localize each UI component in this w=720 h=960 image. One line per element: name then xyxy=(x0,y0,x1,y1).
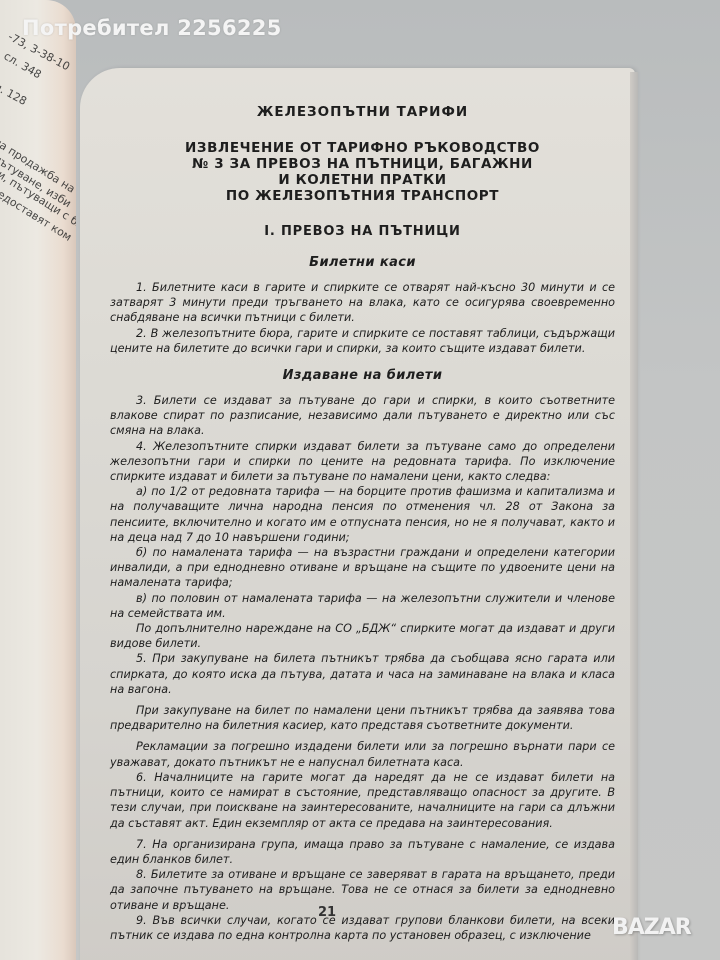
paragraph: 8. Билетите за отиване и връщане се заве… xyxy=(110,867,615,913)
paragraph: в) по половин от намалената тарифа — на … xyxy=(110,591,615,621)
user-watermark: Потребител 2256225 xyxy=(22,16,282,40)
paragraph: 3. Билети се издават за пътуване до гари… xyxy=(110,393,615,439)
bazar-logo: BAZAR xyxy=(612,915,691,940)
paragraph: 5. При закупуване на билета пътникът тря… xyxy=(110,651,615,697)
paragraph: 4. Железопътните спирки издават билети з… xyxy=(110,439,615,485)
extract-title-line: № 3 ЗА ПРЕВОЗ НА ПЪТНИЦИ, БАГАЖНИ xyxy=(110,156,615,172)
paragraph: 9. Във всички случаи, когато се издават … xyxy=(110,913,615,943)
paragraph: а) по 1/2 от редовната тарифа — на борци… xyxy=(110,484,615,545)
extract-title-line: ИЗВЛЕЧЕНИЕ ОТ ТАРИФНО РЪКОВОДСТВО xyxy=(110,140,615,156)
subsection-heading: Билетни каси xyxy=(110,255,615,270)
paragraph: По допълнително нареждане на СО „БДЖ“ сп… xyxy=(110,621,615,651)
previous-page: -73, 3-38-10 . сл. 348 л. 128 на продажб… xyxy=(0,0,76,960)
page-edge xyxy=(630,72,638,960)
page-number: 21 xyxy=(318,905,336,920)
extract-title-line: ПО ЖЕЛЕЗОПЪТНИЯ ТРАНСПОРТ xyxy=(110,188,615,204)
paragraph: 7. На организирана група, имаща право за… xyxy=(110,837,615,867)
paragraph: б) по намалената тарифа — на възрастни г… xyxy=(110,545,615,591)
page-content: ЖЕЛЕЗОПЪТНИ ТАРИФИ ИЗВЛЕЧЕНИЕ ОТ ТАРИФНО… xyxy=(110,104,615,943)
paragraph: 2. В железопътните бюра, гарите и спирки… xyxy=(110,326,615,356)
paragraph: 1. Билетните каси в гарите и спирките се… xyxy=(110,280,615,326)
extract-title: ИЗВЛЕЧЕНИЕ ОТ ТАРИФНО РЪКОВОДСТВО № 3 ЗА… xyxy=(110,140,615,204)
section-title: ЖЕЛЕЗОПЪТНИ ТАРИФИ xyxy=(110,104,615,120)
subsection-heading: Издаване на билети xyxy=(110,368,615,383)
paragraph: Рекламации за погрешно издадени билети и… xyxy=(110,739,615,769)
chapter-title: I. ПРЕВОЗ НА ПЪТНИЦИ xyxy=(110,224,615,239)
paragraph: 6. Началниците на гарите могат да наредя… xyxy=(110,770,615,831)
paragraph: При закупуване на билет по намалени цени… xyxy=(110,703,615,733)
left-page-fragment: л. 128 xyxy=(0,80,29,108)
extract-title-line: И КОЛЕТНИ ПРАТКИ xyxy=(110,172,615,188)
